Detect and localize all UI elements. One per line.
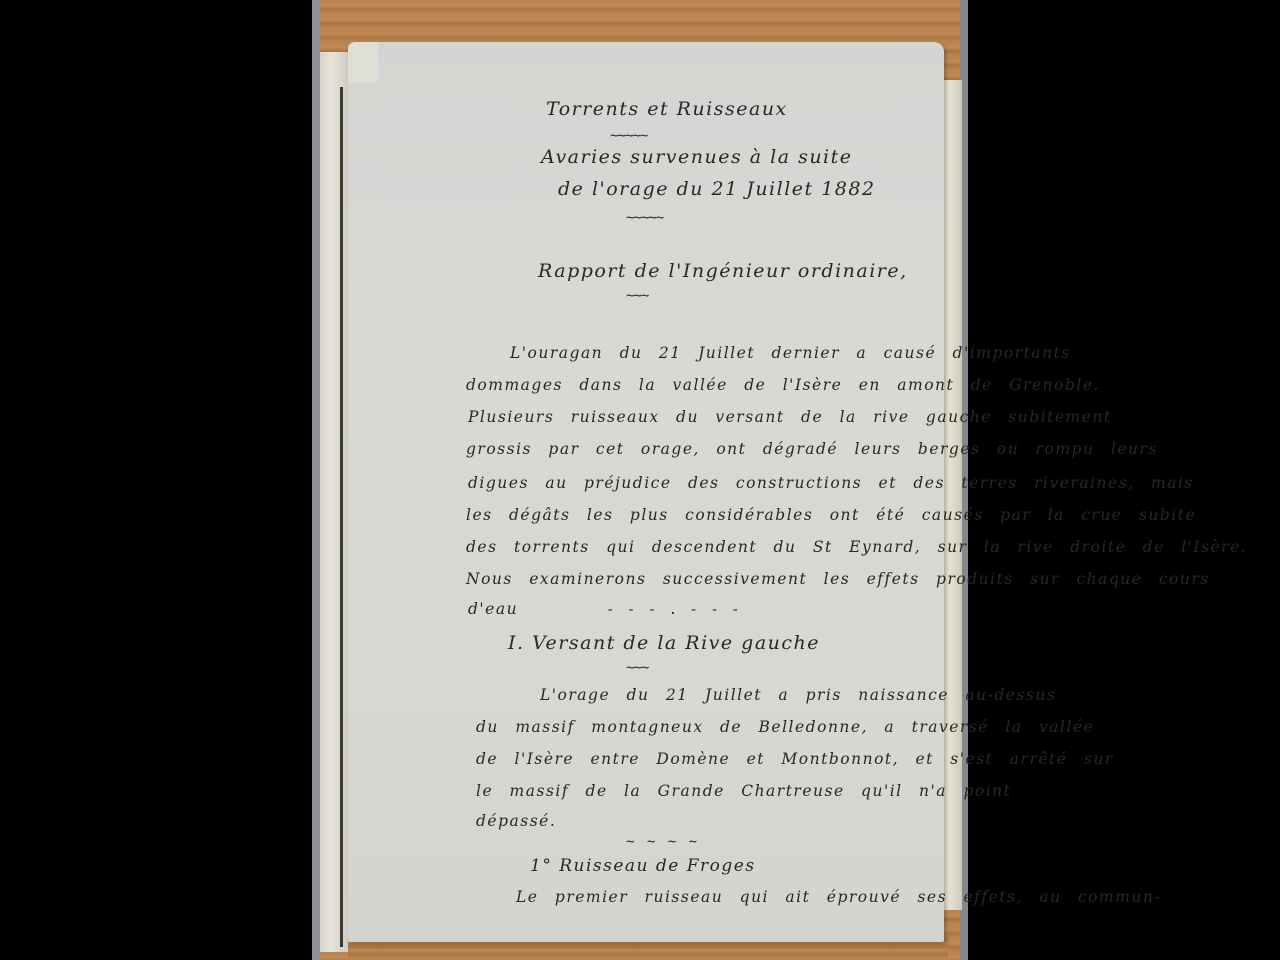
report-subtitle: Rapport de l'Ingénieur ordinaire, [538, 260, 908, 282]
paragraph-line: de l'Isère entre Domène et Montbonnot, e… [476, 750, 1114, 768]
title-line-2: Avaries survenues à la suite [541, 146, 853, 168]
section-heading: I. Versant de la Rive gauche [508, 632, 820, 654]
photo-border-left [312, 0, 320, 960]
paragraph-line: le massif de la Grande Chartreuse qu'il … [476, 782, 1011, 800]
paragraph-line: dépassé. [476, 812, 556, 830]
paragraph-line: d'eau [468, 600, 518, 618]
paragraph-line: Le premier ruisseau qui ait éprouvé ses … [516, 888, 1161, 906]
paragraph-line: digues au préjudice des constructions et… [468, 474, 1194, 492]
section-separator: - - - . - - - [606, 602, 742, 618]
flourish-divider: ~~~~~ [626, 210, 663, 226]
flourish-divider: ~~~ [626, 288, 648, 304]
paragraph-line: du massif montagneux de Belledonne, a tr… [476, 718, 1094, 736]
paragraph-line: Nous examinerons successivement les effe… [466, 570, 1210, 588]
paragraph-line: L'orage du 21 Juillet a pris naissance a… [540, 686, 1056, 704]
paragraph-line: L'ouragan du 21 Juillet dernier a causé … [510, 344, 1071, 362]
title-line-1: Torrents et Ruisseaux [546, 98, 788, 120]
flourish-divider: ~~~ [626, 660, 648, 676]
title-line-3: de l'orage du 21 Juillet 1882 [558, 178, 876, 200]
paragraph-line: des torrents qui descendent du St Eynard… [466, 538, 1247, 556]
underlying-sheets-left [320, 52, 349, 952]
subsection-heading: 1° Ruisseau de Froges [530, 856, 756, 876]
paragraph-line: les dégâts les plus considérables ont ét… [466, 506, 1196, 524]
paragraph-line: grossis par cet orage, ont dégradé leurs… [466, 440, 1158, 458]
flourish-divider: ~~~~~ [610, 128, 647, 144]
paragraph-line: dommages dans la vallée de l'Isère en am… [466, 376, 1100, 394]
section-separator: ~ ~ ~ ~ [626, 834, 699, 850]
manuscript-page: Torrents et Ruisseaux ~~~~~ Avaries surv… [348, 42, 944, 942]
paragraph-line: Plusieurs ruisseaux du versant de la riv… [468, 408, 1112, 426]
